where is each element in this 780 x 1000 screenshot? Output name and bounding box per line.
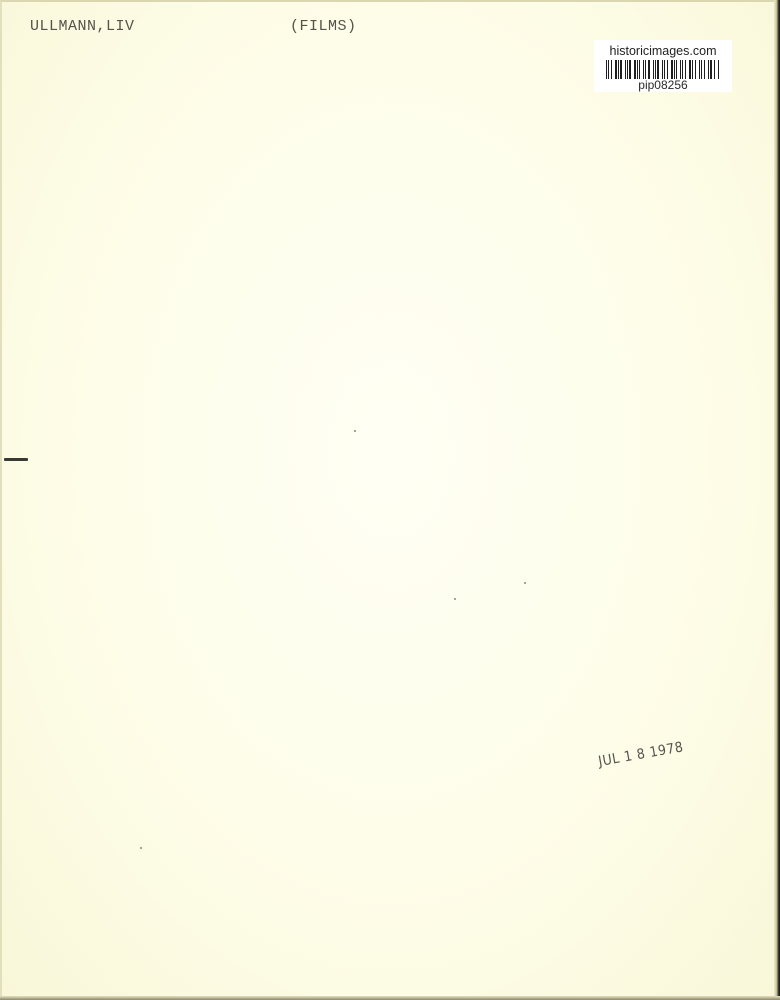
photo-edge-right <box>774 0 780 1000</box>
paper-speck <box>454 598 456 600</box>
paper-speck <box>354 430 356 432</box>
photo-back-paper: ULLMANN,LIV (FILMS) historicimages.com p… <box>0 0 780 1000</box>
photo-edge-bottom <box>0 996 780 1000</box>
date-stamp: JUL 1 8 1978 <box>597 739 684 770</box>
archive-sticker: historicimages.com pip08256 <box>594 40 732 92</box>
paper-speck <box>140 847 142 849</box>
subject-label: ULLMANN,LIV <box>30 18 135 35</box>
paper-speck <box>524 582 526 584</box>
archive-site-name: historicimages.com <box>594 44 732 58</box>
barcode-icon <box>606 60 720 79</box>
edge-mark <box>4 458 28 461</box>
category-label: (FILMS) <box>290 18 357 35</box>
archive-code: pip08256 <box>594 79 732 91</box>
